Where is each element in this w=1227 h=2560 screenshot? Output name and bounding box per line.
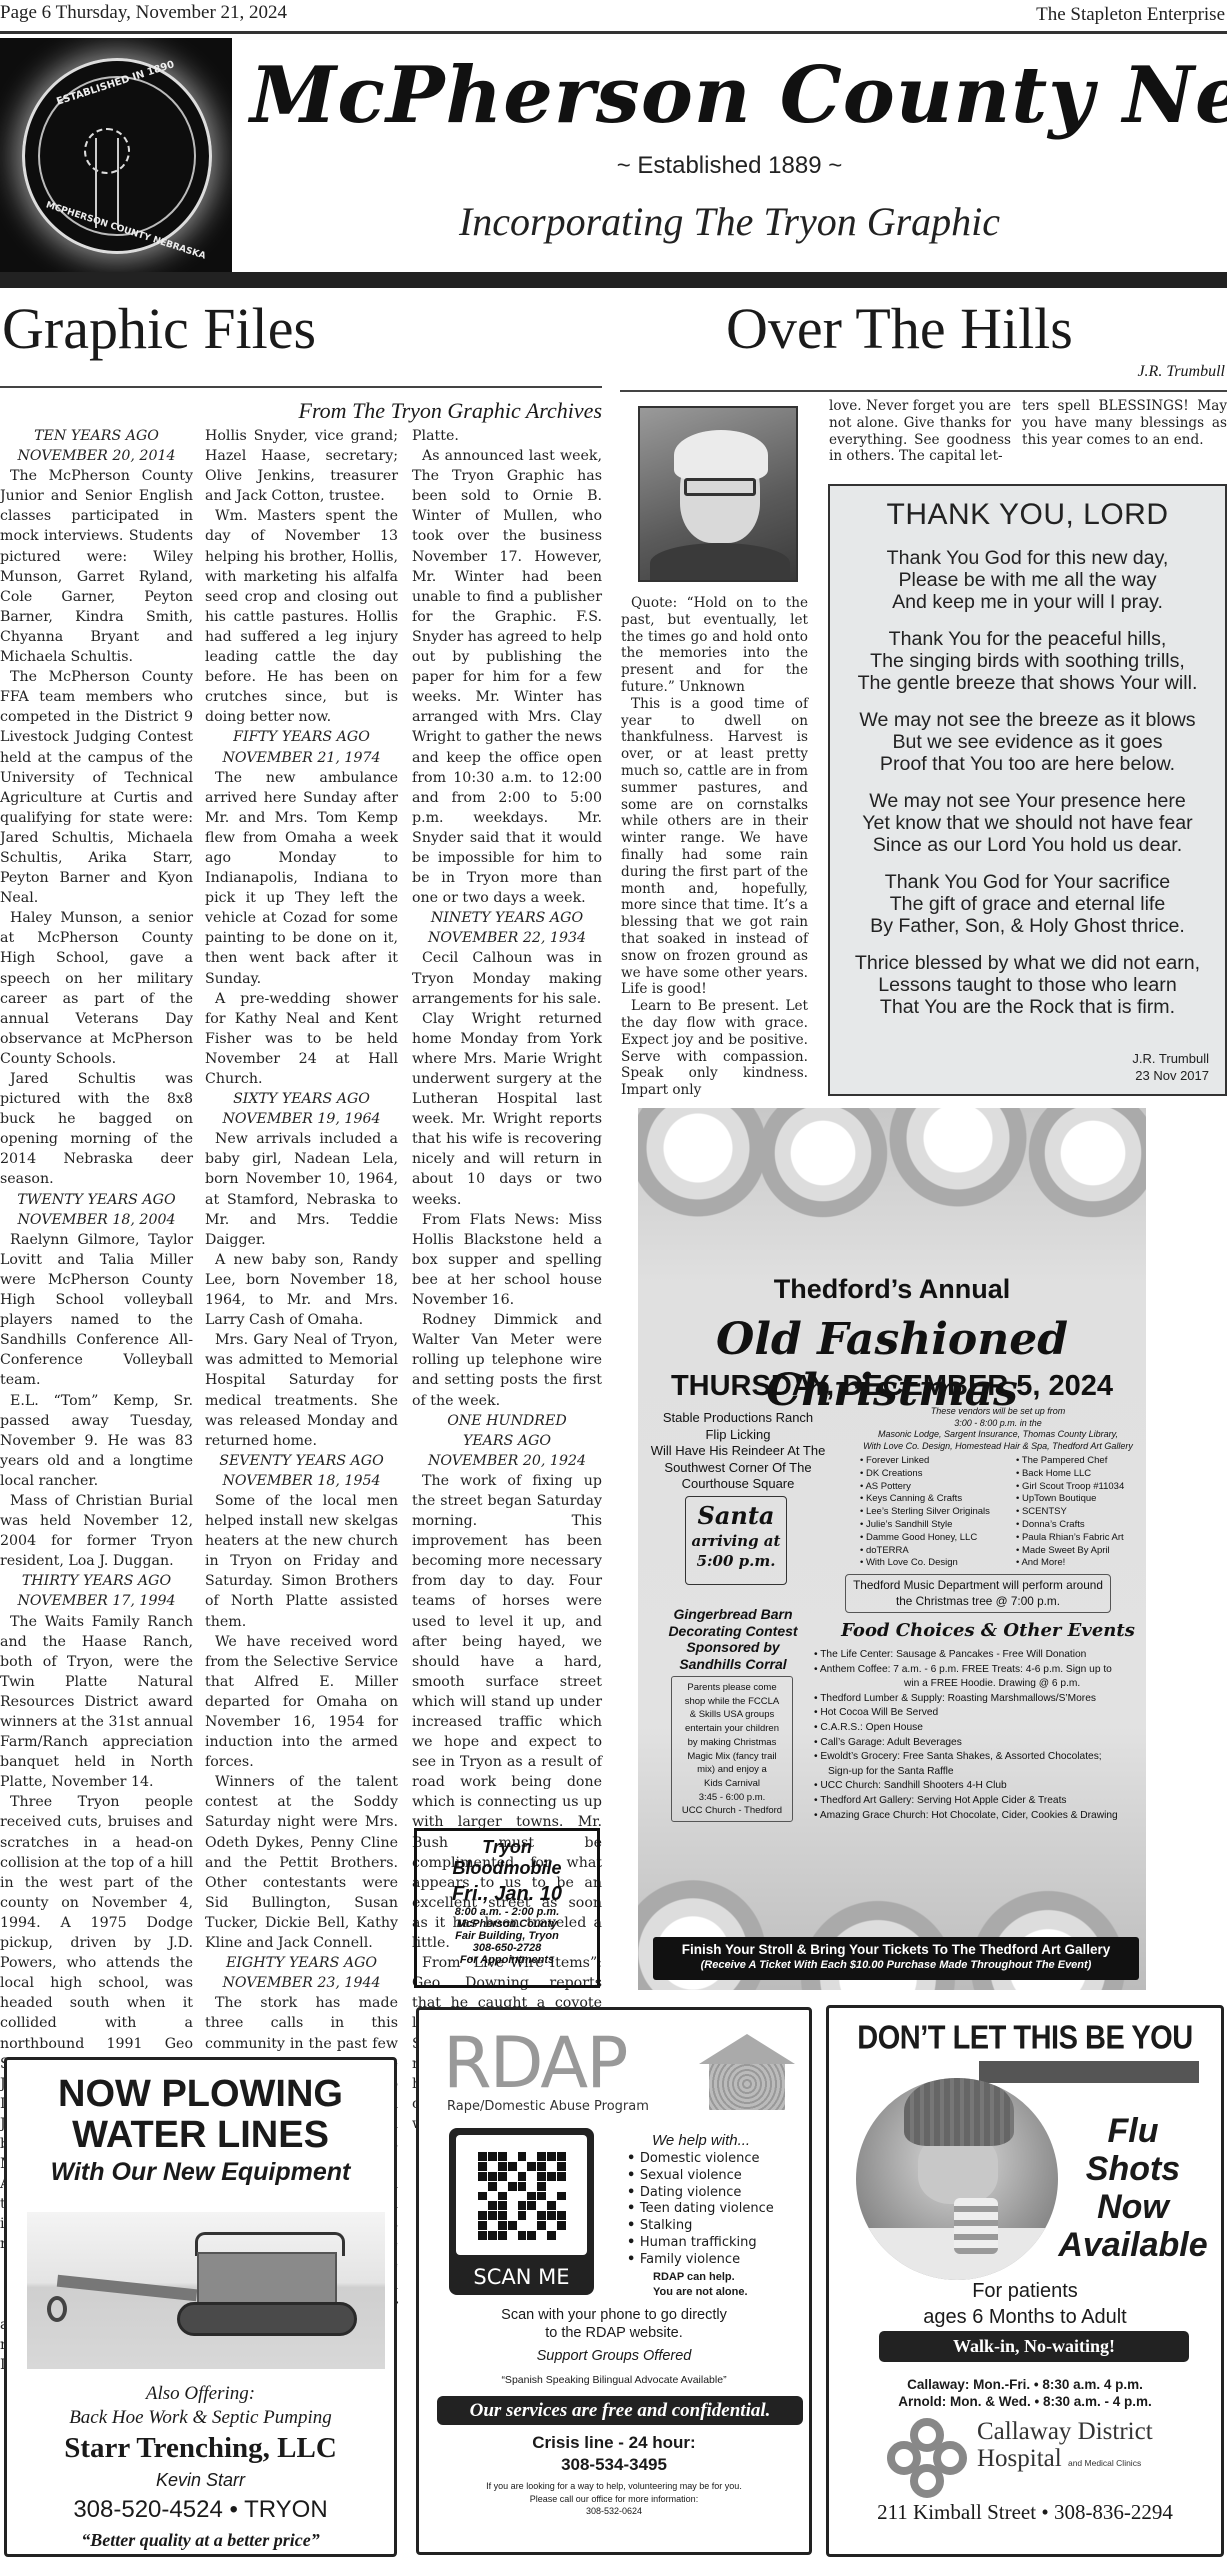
poem-line: That You are the Rock that is firm.: [830, 996, 1225, 1018]
help-list: We help with... Domestic violenceSexual …: [627, 2132, 774, 2269]
reindeer-line: Courthouse Square: [648, 1476, 828, 1493]
page-header: Page 6 Thursday, November 21, 2024 The S…: [0, 0, 1227, 30]
vendors-intro-line: With Love Co. Design, Homestead Hair & S…: [848, 1441, 1146, 1453]
poem-line: But we see evidence as it goes: [830, 731, 1225, 753]
poem-signature: J.R. Trumbull 23 Nov 2017: [1132, 1050, 1209, 1084]
snowflake-icon: [1018, 1108, 1146, 1228]
hospital-name: Callaway District Hospital and Medical C…: [977, 2418, 1153, 2477]
poem-line: Thank You God for this new day,: [830, 547, 1225, 569]
archive-date-heading: ONE HUNDRED: [412, 1411, 602, 1431]
ad-headline: NOW PLOWING WATER LINES: [7, 2074, 394, 2156]
article-paragraph: Some of the local men helped install new…: [205, 1491, 398, 1632]
poem-stanza: Thank You God for this new day,Please be…: [830, 547, 1225, 613]
help-item: Dating violence: [627, 2185, 774, 2202]
food-event-item: Sign-up for the Santa Raffle: [814, 1765, 1144, 1780]
section-title-over-the-hills: Over The Hills: [726, 300, 1073, 358]
snowflake-icon: [878, 1108, 1038, 1218]
kids-carnival-line: UCC Church - Thedford: [672, 1804, 792, 1818]
help-item: Domestic violence: [627, 2151, 774, 2168]
rdap-logo: RDAP: [443, 2028, 626, 2098]
gingerbread-line: Sponsored by: [663, 1639, 803, 1656]
food-event-item: • C.A.R.S.: Open House: [814, 1721, 1144, 1736]
food-events-title: Food Choices & Other Events: [838, 1620, 1138, 1641]
publication-name: The Stapleton Enterprise: [1036, 4, 1225, 26]
vendors-intro: These vendors will be set up from3:00 - …: [848, 1406, 1146, 1452]
vendor-item: • Julie’s Sandhill Style: [860, 1519, 990, 1532]
vendor-item: • Forever Linked: [860, 1455, 990, 1468]
archive-date-heading: NOVEMBER 21, 1974: [205, 748, 398, 768]
article-paragraph: Cecil Calhoun was in Tryon Monday making…: [412, 948, 602, 1008]
archive-date-heading: NOVEMBER 22, 1934: [412, 928, 602, 948]
food-event-item: • Thedford Lumber & Supply: Roasting Mar…: [814, 1692, 1144, 1707]
vendors-intro-line: 3:00 - 8:00 p.m. in the: [848, 1418, 1146, 1430]
rdap-ad: RDAP Rape/Domestic Abuse Program SCAN ME…: [416, 2007, 812, 2555]
vendor-item: • DK Creations: [860, 1468, 990, 1481]
reindeer-notice: Stable Productions RanchFlip LickingWill…: [648, 1410, 828, 1493]
poem-line: Thank You God for Your sacrifice: [830, 871, 1225, 893]
food-event-item: win a FREE Hoodie. Drawing @ 6 p.m.: [814, 1677, 1144, 1692]
archive-date-heading: NOVEMBER 17, 1994: [0, 1591, 193, 1611]
article-paragraph: New arrivals included a baby girl, Nadea…: [205, 1129, 398, 1250]
flu-shot-ad: DON’T LET THIS BE YOU Flu Shots Now Avai…: [826, 2005, 1224, 2557]
food-event-item: • Amazing Grace Church: Hot Chocolate, C…: [814, 1809, 1144, 1824]
poem-line: The gentle breeze that shows Your will.: [830, 672, 1225, 694]
vendor-item: • Keys Canning & Crafts: [860, 1493, 990, 1506]
archive-date-heading: NOVEMBER 23, 1944: [205, 1973, 398, 1993]
music-performance-box: Thedford Music Department will perform a…: [845, 1574, 1111, 1613]
page-number-date: Page 6 Thursday, November 21, 2024: [0, 2, 287, 24]
stroll-banner: Finish Your Stroll & Bring Your Tickets …: [653, 1937, 1139, 1980]
santa-arrival-box: Santa arriving at 5:00 p.m.: [685, 1496, 787, 1585]
masthead: ESTABLISHED IN 1890 MCPHERSON COUNTY NEB…: [0, 38, 1227, 273]
section-rule: [0, 386, 602, 388]
poem-line: By Father, Son, & Holy Ghost thrice.: [830, 915, 1225, 937]
archive-date-heading: EIGHTY YEARS AGO: [205, 1953, 398, 1973]
archive-date-heading: TEN YEARS AGO: [0, 426, 193, 446]
bloodmobile-notice: Tryon Bloodmobile Fri., Jan. 10 8:00 a.m…: [414, 1828, 600, 1988]
kids-carnival-line: Kids Carnival: [672, 1777, 792, 1791]
sick-woman-photo: [856, 2078, 1058, 2280]
over-the-hills-column-3: ters spell BLESSINGS! May you have many …: [1022, 398, 1227, 448]
poem-stanza: We may not see Your presence hereYet kno…: [830, 790, 1225, 856]
phone: 308-520-4524 • TRYON: [7, 2496, 394, 2524]
article-paragraph: Platte.: [412, 426, 602, 446]
poem-line: Thrice blessed by what we did not earn,: [830, 952, 1225, 974]
hospital-address: 211 Kimball Street • 308-836-2294: [829, 2500, 1221, 2525]
poem-line: And keep me in your will I pray.: [830, 591, 1225, 613]
poem-line: Thank You for the peaceful hills,: [830, 628, 1225, 650]
contact-name: Kevin Starr: [7, 2470, 394, 2491]
vendor-item: • AS Pottery: [860, 1481, 990, 1494]
article-paragraph: This is a good time of year to dwell on …: [621, 696, 808, 998]
gingerbread-line: Gingerbread Barn: [663, 1606, 803, 1623]
article-paragraph: Mass of Christian Burial was held Novemb…: [0, 1491, 193, 1571]
over-the-hills-column-2: love. Never forget you are not alone. Gi…: [829, 398, 1011, 465]
archive-date-heading: THIRTY YEARS AGO: [0, 1571, 193, 1591]
article-paragraph: Rodney Dimmick and Walter Van Meter were…: [412, 1310, 602, 1410]
column-byline: J.R. Trumbull: [1000, 363, 1225, 381]
article-paragraph: Learn to Be present. Let the day flow wi…: [621, 998, 808, 1099]
masthead-title: McPherson County News: [250, 50, 1227, 141]
poem-line: Lessons taught to those who learn: [830, 974, 1225, 996]
bulldozer-photo: [27, 2212, 385, 2369]
help-item: Human trafficking: [627, 2235, 774, 2252]
article-paragraph: A new baby son, Randy Lee, born November…: [205, 1250, 398, 1330]
article-paragraph: The Waits Family Ranch and the Haase Ran…: [0, 1612, 193, 1793]
reindeer-line: Flip Licking: [648, 1427, 828, 1444]
kids-carnival-line: by making Christmas: [672, 1736, 792, 1750]
article-paragraph: We have received word from the Selective…: [205, 1632, 398, 1773]
vendor-item: • doTERRA: [860, 1545, 990, 1558]
crisis-line: Crisis line - 24 hour: 308-534-3495: [419, 2432, 809, 2476]
poem-line: The singing birds with soothing trills,: [830, 650, 1225, 672]
food-event-item: • Call’s Garage: Adult Beverages: [814, 1736, 1144, 1751]
article-paragraph: The McPherson County FFA team members wh…: [0, 667, 193, 908]
article-paragraph: Clay Wright returned home Monday from Yo…: [412, 1009, 602, 1210]
article-paragraph: Raelynn Gilmore, Taylor Lovitt and Talia…: [0, 1230, 193, 1391]
article-paragraph: Jared Schultis was pictured with the 8x8…: [0, 1069, 193, 1190]
event-host: Thedford’s Annual: [638, 1274, 1146, 1305]
help-item: Sexual violence: [627, 2168, 774, 2185]
snowflake-icon: [748, 1108, 898, 1228]
help-item: Family violence: [627, 2252, 774, 2269]
poem-stanza: Thank You God for Your sacrificeThe gift…: [830, 871, 1225, 937]
article-paragraph: From Flats News: Miss Hollis Blackstone …: [412, 1210, 602, 1310]
old-fashioned-christmas-ad: Thedford’s Annual Old Fashioned Christma…: [638, 1108, 1146, 1990]
rdap-qr-code[interactable]: SCAN ME: [449, 2128, 594, 2295]
help-item: Teen dating violence: [627, 2201, 774, 2218]
masthead-subtitle: Incorporating The Tryon Graphic: [232, 198, 1227, 245]
poem-stanza: Thrice blessed by what we did not earn,L…: [830, 952, 1225, 1018]
vendor-item: • Girl Scout Troop #11034: [1016, 1481, 1124, 1494]
flu-shots-available: Flu Shots Now Available: [1047, 2112, 1219, 2264]
archive-date-heading: TWENTY YEARS AGO: [0, 1190, 193, 1210]
vendor-list-left: • Forever Linked• DK Creations• AS Potte…: [860, 1455, 990, 1570]
food-event-item: • Ewoldt’s Grocery: Free Santa Shakes, &…: [814, 1750, 1144, 1765]
kids-carnival-line: shop while the FCCLA: [672, 1695, 792, 1709]
food-event-item: • Anthem Coffee: 7 a.m. - 6 p.m. FREE Tr…: [814, 1663, 1144, 1678]
gingerbread-line: Sandhills Corral: [663, 1656, 803, 1673]
header-rule: [0, 31, 1227, 34]
vendor-item: • The Pampered Chef: [1016, 1455, 1124, 1468]
vendors-intro-line: Masonic Lodge, Sargent Insurance, Thomas…: [848, 1429, 1146, 1441]
article-paragraph: A pre-wedding shower for Kathy Neal and …: [205, 989, 398, 1089]
hospital-logo-icon: [887, 2418, 967, 2498]
vendor-list-right: • The Pampered Chef• Back Home LLC• Girl…: [1016, 1455, 1124, 1570]
reindeer-line: Southwest Corner Of The: [648, 1460, 828, 1477]
food-event-item: • Thedford Art Gallery: Serving Hot Appl…: [814, 1794, 1144, 1809]
house-tree-icon: [699, 2034, 795, 2110]
gingerbread-line: Decorating Contest: [663, 1623, 803, 1640]
poem-line: Please be with me all the way: [830, 569, 1225, 591]
poem-thank-you-lord: THANK YOU, LORD Thank You God for this n…: [828, 484, 1227, 1096]
article-paragraph: The new ambulance arrived here Sunday af…: [205, 768, 398, 989]
gingerbread-contest: Gingerbread BarnDecorating ContestSponso…: [663, 1606, 803, 1672]
walk-in-banner: Walk-in, No-waiting!: [879, 2331, 1189, 2362]
kids-carnival-line: Parents please come: [672, 1681, 792, 1695]
masthead-bar: [0, 272, 1227, 288]
kids-carnival-line: mix) and enjoy a: [672, 1763, 792, 1777]
archive-date-heading: NOVEMBER 18, 1954: [205, 1471, 398, 1491]
food-event-item: • The Life Center: Sausage & Pancakes - …: [814, 1648, 1144, 1663]
food-event-item: • Hot Cocoa Will Be Served: [814, 1706, 1144, 1721]
article-paragraph: Hollis Snyder, vice grand; Hazel Haase, …: [205, 426, 398, 506]
poem-line: Proof that You too are here below.: [830, 753, 1225, 775]
kids-carnival-box: Parents please comeshop while the FCCLA&…: [671, 1676, 793, 1822]
vendor-item: • Lee’s Sterling Silver Originals: [860, 1506, 990, 1519]
tagline: “Better quality at a better price”: [7, 2530, 394, 2551]
vendors-intro-line: These vendors will be set up from: [848, 1406, 1146, 1418]
kids-carnival-line: Magic Mix (fancy trail: [672, 1750, 792, 1764]
clinic-hours: Callaway: Mon.-Fri. • 8:30 a.m. 4 p.m. A…: [829, 2376, 1221, 2410]
vendor-item: • With Love Co. Design: [860, 1557, 990, 1570]
kids-carnival-line: & Skills USA groups: [672, 1708, 792, 1722]
article-paragraph: Haley Munson, a senior at McPherson Coun…: [0, 908, 193, 1069]
poem-line: The gift of grace and eternal life: [830, 893, 1225, 915]
also-offering: Also Offering: Back Hoe Work & Septic Pu…: [7, 2382, 394, 2430]
established-line: ~ Established 1889 ~: [232, 152, 1227, 180]
article-paragraph: E.L. “Tom” Kemp, Sr. passed away Tuesday…: [0, 1391, 193, 1491]
free-confidential-banner: Our services are free and confidential.: [437, 2396, 803, 2425]
county-seal-logo: ESTABLISHED IN 1890 MCPHERSON COUNTY NEB…: [0, 38, 232, 273]
poem-line: We may not see Your presence here: [830, 790, 1225, 812]
archive-date-heading: NOVEMBER 20, 1924: [412, 1451, 602, 1471]
reindeer-line: Will Have His Reindeer At The: [648, 1443, 828, 1460]
archive-date-heading: NINETY YEARS AGO: [412, 908, 602, 928]
help-item: Stalking: [627, 2218, 774, 2235]
vendor-item: • Paula Rhian’s Fabric Art: [1016, 1532, 1124, 1545]
poem-stanza: We may not see the breeze as it blowsBut…: [830, 709, 1225, 775]
food-event-item: • UCC Church: Sandhill Shooters 4-H Club: [814, 1779, 1144, 1794]
section-title-graphic-files: Graphic Files: [2, 300, 316, 358]
poem-title: THANK YOU, LORD: [830, 498, 1225, 532]
ad-headline: DON’T LET THIS BE YOU: [829, 2020, 1221, 2058]
archive-date-heading: NOVEMBER 18, 2004: [0, 1210, 193, 1230]
archive-date-heading: NOVEMBER 19, 1964: [205, 1109, 398, 1129]
vendor-item: • And More!: [1016, 1557, 1124, 1570]
vendor-item: • Back Home LLC: [1016, 1468, 1124, 1481]
company-name: Starr Trenching, LLC: [7, 2432, 394, 2465]
vendor-item: • UpTown Boutique: [1016, 1493, 1124, 1506]
article-paragraph: As announced last week, The Tryon Graphi…: [412, 446, 602, 908]
article-paragraph: Winners of the talent contest at the Sod…: [205, 1772, 398, 1953]
poem-line: Since as our Lord You hold us dear.: [830, 834, 1225, 856]
article-paragraph: The McPherson County Junior and Senior E…: [0, 466, 193, 667]
kids-carnival-line: 3:45 - 6:00 p.m.: [672, 1791, 792, 1805]
archive-date-heading: YEARS AGO: [412, 1431, 602, 1451]
event-date: THURSDAY, DECEMBER 5, 2024: [638, 1370, 1146, 1403]
archive-date-heading: SIXTY YEARS AGO: [205, 1089, 398, 1109]
poem-line: Yet know that we should not have fear: [830, 812, 1225, 834]
article-paragraph: Wm. Masters spent the day of November 13…: [205, 506, 398, 727]
poem-stanza: Thank You for the peaceful hills,The sin…: [830, 628, 1225, 694]
article-paragraph: Quote: “Hold on to the past, but eventua…: [621, 595, 808, 696]
columnist-photo: [638, 406, 798, 582]
vendor-item: • SCENTSY: [1016, 1506, 1124, 1519]
section-kicker: From The Tryon Graphic Archives: [240, 398, 602, 424]
vendor-item: • Donna’s Crafts: [1016, 1519, 1124, 1532]
over-the-hills-column-1: Quote: “Hold on to the past, but eventua…: [621, 595, 808, 1099]
vendor-item: • Made Sweet By April: [1016, 1545, 1124, 1558]
archive-date-heading: NOVEMBER 20, 2014: [0, 446, 193, 466]
starr-trenching-ad: NOW PLOWING WATER LINES With Our New Equ…: [4, 2057, 397, 2557]
vendor-item: • Damme Good Honey, LLC: [860, 1532, 990, 1545]
kids-carnival-line: entertain your children: [672, 1722, 792, 1736]
section-rule: [620, 390, 1227, 392]
reindeer-line: Stable Productions Ranch: [648, 1410, 828, 1427]
poem-line: We may not see the breeze as it blows: [830, 709, 1225, 731]
article-paragraph: Mrs. Gary Neal of Tryon, was admitted to…: [205, 1330, 398, 1451]
rdap-can-help: RDAP can help. You are not alone.: [653, 2270, 748, 2300]
archive-date-heading: SEVENTY YEARS AGO: [205, 1451, 398, 1471]
archive-date-heading: FIFTY YEARS AGO: [205, 727, 398, 747]
food-events-list: • The Life Center: Sausage & Pancakes - …: [814, 1648, 1144, 1823]
